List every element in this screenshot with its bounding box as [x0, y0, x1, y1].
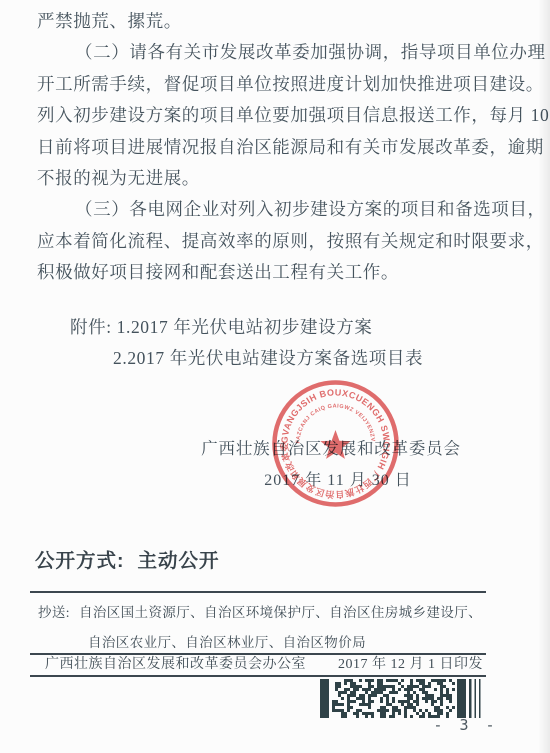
body-line: 日前将项目进展情况报自治区能源局和有关市发展改革委，逾期 [37, 132, 519, 163]
cc-list: 自治区国土资源厅、自治区环境保护厅、自治区住房城乡建设厅、 [79, 605, 482, 620]
barcode-2d-icon [320, 679, 483, 718]
divider-rule [30, 675, 486, 677]
body-line: 严禁抛荒、摞荒。 [37, 6, 519, 37]
official-seal: GVANGJSIH BOUXCUENGH SWCIGIH 广西壮族自治区发展和改… [266, 374, 405, 513]
issuing-office: 广西壮族自治区发展和改革委员会办公室 [45, 655, 306, 675]
body-line: 列入初步建设方案的项目单位要加强项目信息报送工作，每月 10 [37, 100, 519, 131]
body-line: 开工所需手续，督促项目单位按照进度计划加快推进项目建设。 [37, 69, 519, 100]
body-line: （三）各电网企业对列入初步建设方案的项目和备选项目， [37, 194, 519, 225]
print-date: 2017 年 12 月 1 日印发 [338, 655, 483, 675]
imprint-footer: 广西壮族自治区发展和改革委员会办公室 2017 年 12 月 1 日印发 [45, 655, 483, 675]
disclosure-method: 公开方式:主动公开 [35, 545, 220, 573]
body-line: （二）请各有关市发展改革委加强协调，指导项目单位办理 [37, 37, 519, 68]
cc-block-line: 抄送:自治区国土资源厅、自治区环境保护厅、自治区住房城乡建设厅、 [38, 598, 482, 627]
disclosure-value: 主动公开 [138, 550, 220, 572]
attachment-line: 附件: 1.2017 年光伏电站初步建设方案 [37, 312, 519, 343]
body-line: 积极做好项目接网和配套送出工程有关工作。 [37, 257, 519, 288]
divider-rule [30, 591, 486, 593]
scan-edge-shadow [538, 0, 550, 753]
disclosure-label: 公开方式: [35, 550, 125, 572]
body-line: 不报的视为无进展。 [37, 163, 519, 194]
star-icon [320, 430, 350, 459]
document-body: 严禁抛荒、摞荒。 （二）请各有关市发展改革委加强协调，指导项目单位办理 开工所需… [37, 6, 519, 374]
cc-label: 抄送: [38, 605, 70, 620]
attachment-line: 2.2017 年光伏电站建设方案备选项目表 [37, 343, 519, 374]
scanned-document-page: 严禁抛荒、摞荒。 （二）请各有关市发展改革委加强协调，指导项目单位办理 开工所需… [0, 0, 550, 753]
body-line: 应本着简化流程、提高效率的原则，按照有关规定和时限要求， [37, 226, 519, 257]
page-number: - 3 - [428, 716, 504, 734]
